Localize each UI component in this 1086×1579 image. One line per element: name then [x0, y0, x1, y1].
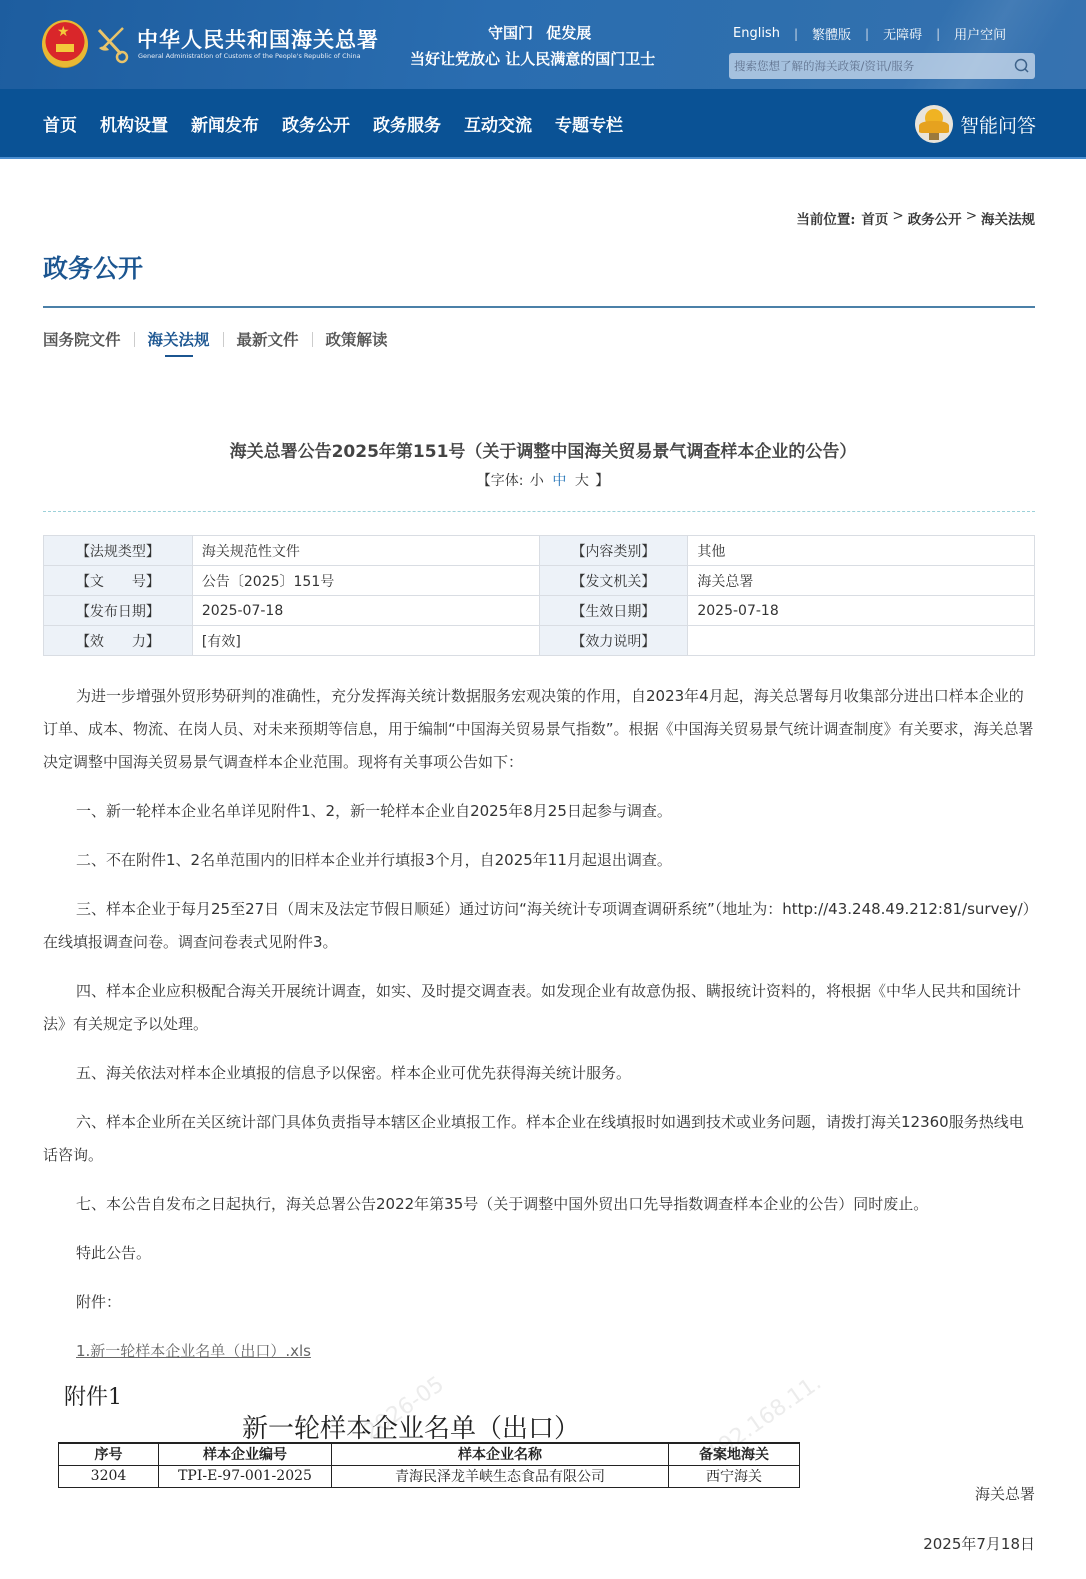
- table-row: 3204 TPI-E-97-001-2025 青海民泽龙羊峡生态食品有限公司 西…: [59, 1465, 800, 1487]
- nav-government-affairs[interactable]: 政务公开: [282, 111, 350, 136]
- column-header: 备案地海关: [669, 1443, 800, 1465]
- font-size-open: 【字体:: [477, 473, 524, 489]
- mascot-icon: [915, 105, 953, 143]
- breadcrumb-separator: >: [966, 208, 977, 228]
- paragraph-item-3: 三、样本企业于每月25至27日（周末及法定节假日顺延）通过访问“海关统计专项调查…: [43, 893, 1035, 959]
- meta-value: 公告〔2025〕151号: [192, 566, 539, 596]
- subtabs: 国务院文件 海关法规 最新文件 政策解读: [43, 328, 388, 350]
- section-title: 政务公开: [43, 249, 143, 285]
- search-icon[interactable]: [1009, 53, 1035, 79]
- meta-label: 【发布日期】: [44, 596, 193, 626]
- nav-organization[interactable]: 机构设置: [100, 111, 168, 136]
- attachment-link[interactable]: 1.新一轮样本企业名单（出口）.xls: [76, 1342, 311, 1360]
- breadcrumb-government-affairs[interactable]: 政务公开: [908, 208, 962, 228]
- nav-government-services[interactable]: 政务服务: [373, 111, 441, 136]
- attachment-preview-title: 新一轮样本企业名单（出口）: [242, 1408, 580, 1445]
- table-row: 【法规类型】 海关规范性文件 【内容类别】 其他: [44, 536, 1035, 566]
- signature-organization: 海关总署: [975, 1483, 1035, 1504]
- meta-value: 2025-07-18: [192, 596, 539, 626]
- divider: |: [936, 27, 940, 41]
- paragraph-item-5: 五、海关依法对样本企业填报的信息予以保密。样本企业可优先获得海关统计服务。: [43, 1057, 1035, 1090]
- cell-customs-office: 西宁海关: [669, 1465, 800, 1487]
- table-row: 【发布日期】 2025-07-18 【生效日期】 2025-07-18: [44, 596, 1035, 626]
- meta-value: 海关总署: [688, 566, 1035, 596]
- paragraph-closing: 特此公告。: [43, 1237, 1035, 1270]
- nav-news[interactable]: 新闻发布: [191, 111, 259, 136]
- meta-label: 【效 力】: [44, 626, 193, 656]
- meta-label: 【发文机关】: [539, 566, 688, 596]
- cell-company-name: 青海民泽龙羊峡生态食品有限公司: [332, 1465, 669, 1487]
- signature-date: 2025年7月18日: [923, 1533, 1035, 1554]
- link-traditional-chinese[interactable]: 繁體版: [812, 24, 851, 43]
- subtab-latest-docs[interactable]: 最新文件: [237, 328, 299, 350]
- customs-key-logo-icon: [95, 24, 129, 64]
- cell-serial: 3204: [59, 1465, 159, 1487]
- breadcrumb-separator: >: [892, 208, 903, 228]
- breadcrumb: 当前位置: 首页 > 政务公开 > 海关法规: [796, 208, 1035, 228]
- divider: [223, 332, 224, 347]
- link-accessibility[interactable]: 无障碍: [883, 24, 922, 43]
- search-input[interactable]: [729, 59, 1009, 73]
- column-header: 样本企业名称: [332, 1443, 669, 1465]
- table-row: 【文 号】 公告〔2025〕151号 【发文机关】 海关总署: [44, 566, 1035, 596]
- nav-interaction[interactable]: 互动交流: [464, 111, 532, 136]
- font-size-large[interactable]: 大: [575, 473, 589, 489]
- column-header: 样本企业编号: [159, 1443, 332, 1465]
- dotted-divider: [43, 511, 1035, 512]
- breadcrumb-customs-regulations[interactable]: 海关法规: [981, 208, 1035, 228]
- divider: [134, 332, 135, 347]
- subtab-customs-regulations[interactable]: 海关法规: [148, 328, 210, 350]
- font-size-medium[interactable]: 中: [552, 473, 566, 489]
- slogan-line-1: 守国门 促发展: [488, 22, 591, 43]
- meta-label: 【生效日期】: [539, 596, 688, 626]
- nav-special-topics[interactable]: 专题专栏: [555, 111, 623, 136]
- paragraph-item-2: 二、不在附件1、2名单范围内的旧样本企业并行填报3个月，自2025年11月起退出…: [43, 844, 1035, 877]
- font-size-close: 】: [595, 473, 609, 489]
- paragraph-item-4: 四、样本企业应积极配合海关开展统计调查，如实、及时提交调查表。如发现企业有故意伪…: [43, 975, 1035, 1041]
- cell-company-code: TPI-E-97-001-2025: [159, 1465, 332, 1487]
- breadcrumb-prefix: 当前位置:: [796, 208, 855, 228]
- breadcrumb-home[interactable]: 首页: [861, 208, 888, 228]
- site-title: 中华人民共和国海关总署: [137, 24, 379, 54]
- divider: |: [865, 27, 869, 41]
- meta-value: 2025-07-18: [688, 596, 1035, 626]
- nav-items: 首页 机构设置 新闻发布 政务公开 政务服务 互动交流 专题专栏: [43, 111, 646, 136]
- document-metadata-table: 【法规类型】 海关规范性文件 【内容类别】 其他 【文 号】 公告〔2025〕1…: [43, 535, 1035, 656]
- subtab-policy-interpretation[interactable]: 政策解读: [326, 328, 388, 350]
- article-body: 为进一步增强外贸形势研判的准确性，充分发挥海关统计数据服务宏观决策的作用，自20…: [43, 680, 1035, 1384]
- subtab-state-council-docs[interactable]: 国务院文件: [43, 328, 121, 350]
- table-header-row: 序号 样本企业编号 样本企业名称 备案地海关: [59, 1443, 800, 1465]
- smart-qa-label: 智能问答: [960, 111, 1036, 138]
- paragraph-item-7: 七、本公告自发布之日起执行，海关总署公告2022年第35号（关于调整中国外贸出口…: [43, 1188, 1035, 1221]
- divider: [312, 332, 313, 347]
- smart-qa-button[interactable]: 智能问答: [915, 105, 1036, 143]
- search-box: [729, 53, 1035, 79]
- national-emblem-icon: [42, 20, 88, 68]
- nav-home[interactable]: 首页: [43, 111, 77, 136]
- meta-label: 【文 号】: [44, 566, 193, 596]
- site-subtitle: General Administration of Customs of the…: [138, 52, 361, 60]
- meta-value: 其他: [688, 536, 1035, 566]
- link-english[interactable]: English: [733, 26, 780, 41]
- section-divider: [43, 306, 1035, 308]
- meta-label: 【内容类别】: [539, 536, 688, 566]
- paragraph-item-6: 六、样本企业所在关区统计部门具体负责指导本辖区企业填报工作。样本企业在线填报时如…: [43, 1106, 1035, 1172]
- main-nav: 首页 机构设置 新闻发布 政务公开 政务服务 互动交流 专题专栏 智能问答: [0, 89, 1086, 159]
- meta-label: 【效力说明】: [539, 626, 688, 656]
- divider: |: [794, 27, 798, 41]
- attachments-label: 附件：: [43, 1286, 1035, 1319]
- paragraph-item-1: 一、新一轮样本企业名单详见附件1、2，新一轮样本企业自2025年8月25日起参与…: [43, 795, 1035, 828]
- column-header: 序号: [59, 1443, 159, 1465]
- top-links: English | 繁體版 | 无障碍 | 用户空间: [733, 24, 1006, 43]
- table-row: 【效 力】 [有效] 【效力说明】: [44, 626, 1035, 656]
- site-header: 中华人民共和国海关总署 General Administration of Cu…: [0, 0, 1086, 89]
- meta-value: [有效]: [192, 626, 539, 656]
- font-size-selector: 【字体: 小 中 大 】: [0, 470, 1086, 490]
- meta-value: [688, 626, 1035, 656]
- font-size-small[interactable]: 小: [530, 473, 544, 489]
- paragraph-intro: 为进一步增强外贸形势研判的准确性，充分发挥海关统计数据服务宏观决策的作用，自20…: [43, 680, 1035, 779]
- attachment-preview-label: 附件1: [64, 1380, 122, 1411]
- slogan-line-2: 当好让党放心 让人民满意的国门卫士: [410, 48, 655, 69]
- link-user-space[interactable]: 用户空间: [954, 24, 1006, 43]
- attachment-preview-table: 序号 样本企业编号 样本企业名称 备案地海关 3204 TPI-E-97-001…: [58, 1442, 800, 1488]
- meta-label: 【法规类型】: [44, 536, 193, 566]
- meta-value: 海关规范性文件: [192, 536, 539, 566]
- article-title: 海关总署公告2025年第151号（关于调整中国海关贸易景气调查样本企业的公告）: [0, 437, 1086, 462]
